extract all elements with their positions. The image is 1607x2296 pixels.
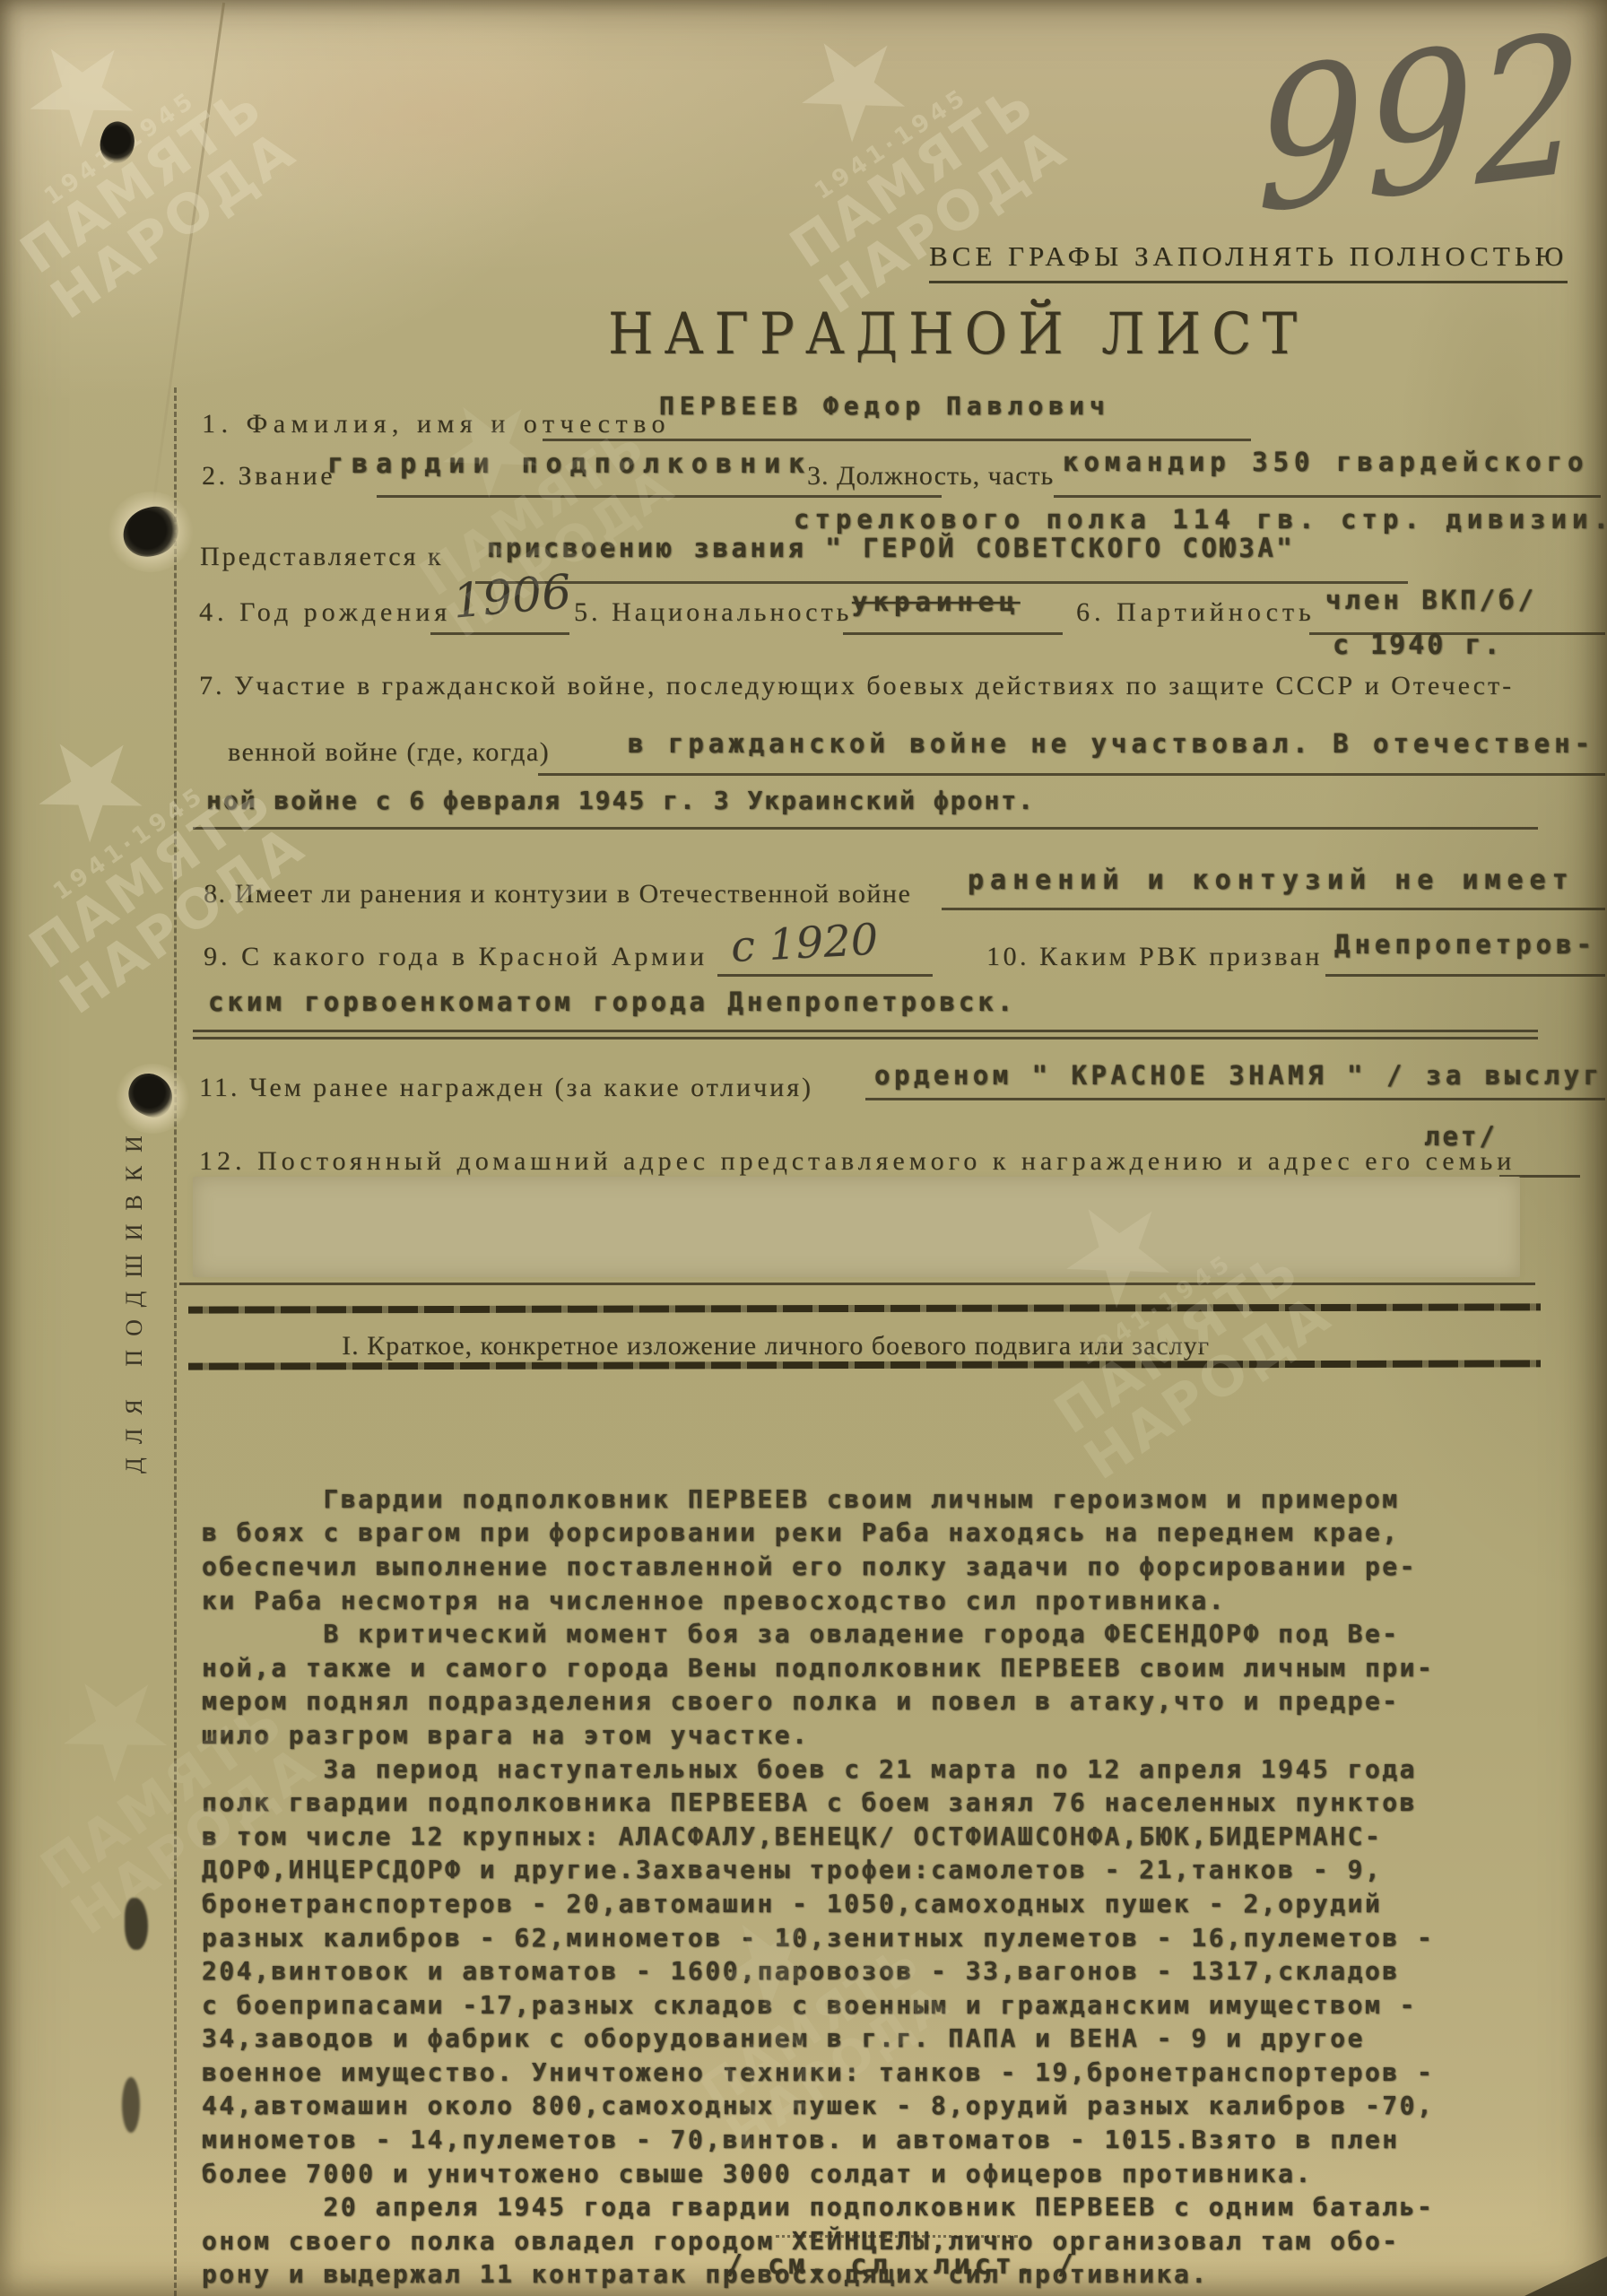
body-text-line: 204,винтовок и автоматов - 1600,паровозо… [202, 1954, 1434, 1988]
field-10-value-line2: ским горвоенкоматом города Днепропетровс… [208, 987, 1016, 1017]
field-9-label: 9. С какого года в Красной Армии [204, 942, 708, 972]
underline-rule [843, 632, 1063, 635]
field-4-value: 1906 [451, 565, 574, 629]
watermark-years: 1941·1945 [768, 55, 1015, 232]
body-text-line: в том числе 12 крупных: АЛАСФАЛУ,ВЕНЕЦК/… [202, 1820, 1434, 1854]
field-2-label: 2. Звание [202, 461, 335, 491]
star-icon: ★ [352, 330, 627, 563]
field-6-label: 6. Партийность [1076, 597, 1316, 628]
footer-note: / см. сл. лист. / [726, 2249, 1078, 2281]
punch-hole [95, 117, 140, 167]
star-icon: ★ [0, 0, 230, 220]
field-11-label: 11. Чем ранее награжден (за какие отличи… [199, 1073, 813, 1103]
divider-rule [193, 1037, 1538, 1039]
section-title: I. Краткое, конкретное изложение личного… [206, 1331, 1345, 1361]
body-text-line: За период наступательных боев с 21 марта… [202, 1752, 1434, 1787]
page-corner-shadow [1524, 2257, 1607, 2296]
present-label: Представляется к [200, 542, 443, 572]
watermark-word: НАРОДА [812, 120, 1077, 324]
body-text-line: разных калибров - 62,минометов - 10,зени… [202, 1921, 1434, 1955]
field-7-label-line2: венной войне (где, когда) [228, 737, 550, 768]
field-2-value: гвардии подполковник [327, 448, 812, 480]
body-text: Гвардии подполковник ПЕРВЕЕВ своим личны… [202, 1381, 1434, 2292]
watermark: ★ 1941·1945 ПАМЯТЬ НАРОДА [0, 0, 306, 329]
underline-rule [1054, 495, 1601, 498]
body-text-line: полк гвардии подполковника ПЕРВЕЕВА с бо… [202, 1786, 1434, 1820]
underline-rule [430, 632, 569, 635]
body-text-line: Гвардии подполковник ПЕРВЕЕВ своим личны… [202, 1483, 1434, 1517]
field-7-value-line1: в гражданской войне не участвовал. В оте… [628, 728, 1594, 759]
body-text-line: обеспечил выполнение поставленной его по… [202, 1550, 1434, 1584]
underline-rule [538, 773, 1605, 776]
body-text-line: более 7000 и уничтожено свыше 3000 солда… [202, 2157, 1434, 2191]
field-6-value: член ВКП/б/ [1325, 585, 1537, 615]
field-5-label: 5. Национальность [574, 597, 852, 628]
field-1-label: 1. Фамилия, имя и отчество [202, 409, 671, 439]
body-text-line: 20 апреля 1945 года гвардии подполковник… [202, 2190, 1434, 2224]
field-12-label: 12. Постоянный домашний адрес представля… [199, 1146, 1516, 1177]
divider-rule [179, 1283, 1535, 1285]
divider-rule-thick [188, 1303, 1541, 1313]
ink-smear [125, 1898, 148, 1950]
award-sheet-document: ★ 1941·1945 ПАМЯТЬ НАРОДА ★ 1941·1945 ПА… [0, 0, 1607, 2296]
field-3-label: 3. Должность, часть [807, 461, 1054, 491]
underline-rule [865, 1098, 1605, 1100]
body-text-line: шило разгром врага на этом участке. [202, 1718, 1434, 1752]
ink-smear [122, 2077, 140, 2133]
underline-rule [942, 908, 1605, 910]
body-text-line: ки Раба несмотря на численное превосходс… [202, 1584, 1434, 1618]
field-8-label: 8. Имеет ли ранения и контузии в Отечест… [204, 879, 911, 909]
field-11-value: орденом " КРАСНОЕ ЗНАМЯ " / за выслуг [874, 1060, 1603, 1091]
header-note: ВСЕ ГРАФЫ ЗАПОЛНЯТЬ ПОЛНОСТЬЮ [929, 240, 1568, 283]
ink-specks [776, 2235, 1018, 2241]
field-9-value: с 1920 [730, 915, 880, 973]
present-value: присвоению звания " ГЕРОЙ СОВЕТСКОГО СОЮ… [487, 533, 1295, 563]
watermark-word: НАРОДА [43, 122, 307, 329]
body-text-line: мером поднял подразделения своего полка … [202, 1684, 1434, 1718]
redaction-block [193, 1177, 1520, 1277]
field-5-value: украинец [852, 587, 1021, 617]
divider-rule [193, 1030, 1538, 1032]
margin-note-vertical: ДЛЯ ПОДШИВКИ [121, 1065, 148, 1531]
divider-rule-thick [188, 1360, 1541, 1370]
body-text-line: с боеприпасами -17,разных складов с воен… [202, 1988, 1434, 2022]
body-text-line: минометов - 14,пулеметов - 70,винтов. и … [202, 2123, 1434, 2157]
paper-stain [197, 18, 664, 215]
watermark-word: ПАМЯТЬ [12, 77, 275, 284]
underline-rule [717, 974, 933, 977]
body-text-line: ДОРФ,ИНЦЕРСДОРФ и другие.Захвачены трофе… [202, 1853, 1434, 1887]
field-3-value-line1: командир 350 гвардейского [1063, 447, 1589, 477]
body-text-line: В критический момент боя за овладение го… [202, 1617, 1434, 1651]
field-4-label: 4. Год рождения [199, 597, 451, 628]
field-10-value-line1: Днепропетров- [1334, 929, 1596, 960]
page-number-handwritten: 992 [1256, 0, 1585, 257]
body-text-line: в боях с врагом при форсировании реки Ра… [202, 1516, 1434, 1550]
field-8-value: ранений и контузий не имеет [968, 865, 1575, 896]
field-6-value-line2: с 1940 г. [1333, 630, 1503, 661]
field-3-value-line2: стрелкового полка 114 гв. стр. дивизии. [794, 504, 1607, 535]
binding-margin-line [174, 387, 177, 2296]
body-text-line: военное имущество. Уничтожено техники: т… [202, 2056, 1434, 2090]
body-text-line: бронетранспортеров - 20,автомашин - 1050… [202, 1887, 1434, 1921]
field-7-value-line2: ной войне с 6 февраля 1945 г. 3 Украинск… [206, 786, 1035, 815]
field-7-label-line1: 7. Участие в гражданской войне, последую… [199, 671, 1514, 701]
body-text-line: 44,автомашин около 800,самоходных пушек … [202, 2089, 1434, 2123]
page-title: НАГРАДНОЙ ЛИСТ [608, 300, 1307, 368]
underline-rule [475, 581, 1408, 584]
field-1-value: ПЕРВЕЕВ Федор Павлович [659, 391, 1110, 421]
body-text-line: ной,а также и самого города Вены подполк… [202, 1651, 1434, 1685]
star-icon: ★ [704, 0, 1003, 213]
divider-rule [193, 827, 1538, 830]
field-10-label: 10. Каким РВК призван [986, 942, 1323, 972]
body-text-line: 34,заводов и фабрик с оборудованием в г.… [202, 2022, 1434, 2056]
underline-rule [377, 495, 942, 498]
underline-rule [1325, 974, 1605, 977]
